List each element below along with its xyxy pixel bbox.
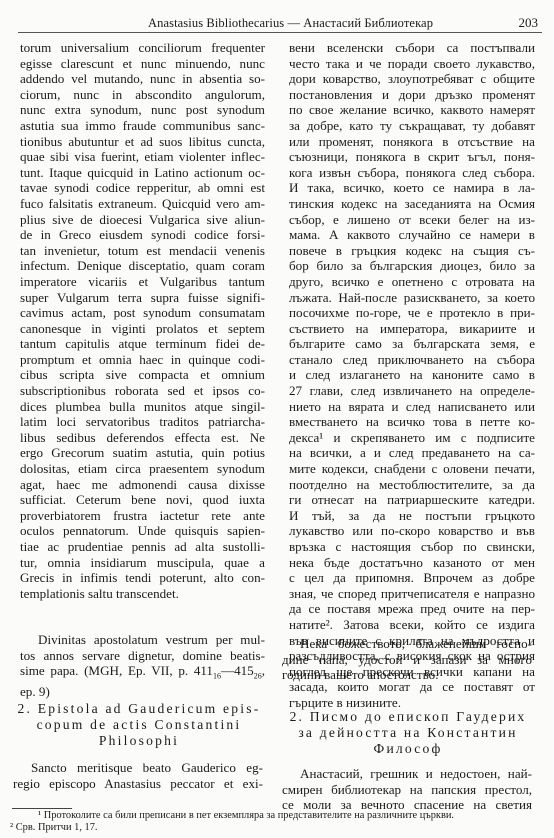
text-line: кога извън събора, понякога след събора. [289, 165, 535, 181]
heading-line: 2. Писмо до епископ Гаудерих [278, 709, 538, 725]
latin-column-text: torum universalium conciliorum frequente… [20, 40, 265, 601]
heading-line: за дейността на Константин [278, 725, 538, 741]
footnote-2: ² Срв. Притчи 1, 17. [10, 822, 454, 834]
text-line: cavimus actam, post synodum consumatam [20, 305, 265, 321]
text-line: nunc extra synodum, nunc post synodum [20, 102, 265, 118]
text-line: по свое желание всичко, каквото намерят [289, 102, 535, 118]
text-line: нека бъде достатъчно казаното от мен [289, 555, 535, 571]
text-line: templationis saltu transcendet. [20, 586, 265, 602]
latin-section-heading: 2. Epistola ad Gaudericum epis- copum de… [14, 701, 264, 749]
text-line: egisse clarescunt et nunc minuendo, nunc [20, 56, 265, 72]
text-line: И така, всичко, което се намира в ла- [289, 180, 535, 196]
text-line: tiae ac prudentiae pennis ad alta sustol… [20, 539, 265, 555]
text-line: често така и че поради своето лукавство, [289, 56, 535, 72]
text-line: мите кодекси, снабдени с оловени печати, [289, 461, 535, 477]
text-line: вместването на всичко това в петте ко- [289, 414, 535, 430]
text-line: latim loci servatoribus traditos patriar… [20, 414, 265, 430]
text-line: и след излагането на каноните само в [289, 367, 535, 383]
text-line: зная, че според притчеписателя е напразн… [289, 586, 535, 602]
text-line: Анастасий, грешник и недостоен, най- [282, 766, 532, 782]
text-line: tos annos servare dignetur, domine beati… [20, 648, 265, 664]
heading-line: 2. Epistola ad Gaudericum epis- [14, 701, 264, 717]
text-line: дине папа, удостои и запази за много [282, 652, 532, 668]
running-header: Anastasius Bibliothecarius — Анастасий Б… [18, 12, 542, 33]
text-line: нието на вярата и след написването или [289, 399, 535, 415]
text-line: И тъй, за да не постъпи гръцкото [289, 508, 535, 524]
text-line: вени вселенски събори са постъпвали [289, 40, 535, 56]
text-line: cibus scripta sive compacta et omnium [20, 367, 265, 383]
text-line: поотделно на местоблюстителите, за да [289, 477, 535, 493]
latin-closing-paragraph: Divinitas apostolatum vestrum per mul- t… [20, 632, 265, 700]
text-line: tantum capitulis atque terminum fidei de… [20, 336, 265, 352]
text-line: станало след приключването на събора [289, 352, 535, 368]
bulgarian-column-text: вени вселенски събори са постъпваличесто… [289, 40, 535, 711]
text-line: посочихме по-горе, че е протекло в при- [289, 305, 535, 321]
text-line: събор, е лишено от всеки белег на из- [289, 212, 535, 228]
text-line: тинския кодекс на заседанията на Осмия [289, 196, 535, 212]
text-line: за добре, като ту съкращават, ту добавят [289, 118, 535, 134]
text-line: Divinitas apostolatum vestrum per mul- [20, 632, 265, 648]
text-line: бор било за българския диоцез, било за [289, 258, 535, 274]
text-line: друго, всичко е опетнено с отровата на [289, 274, 535, 290]
text-line: декса¹ и скрепяването им с подписите [289, 430, 535, 446]
text-line: regio episcopo Anastasius peccator et ex… [13, 776, 263, 792]
text-line: или променят, понякога в отсъствие на [289, 134, 535, 150]
text-line: българите само за българската земя, е [289, 336, 535, 352]
heading-line: Philosophi [14, 733, 264, 749]
footnote-divider [12, 808, 72, 809]
text-line: subscriptionibus roborata sed et ipsos c… [20, 383, 265, 399]
text-line: години вашето апостолство. [282, 667, 532, 683]
running-title: Anastasius Bibliothecarius — Анастасий Б… [148, 16, 433, 31]
text-line: addendo vel mutando, nunc in absentia so… [20, 71, 265, 87]
text-line: sime papa. (MGH, Ep. VII, p. 41116—41526… [20, 663, 265, 684]
text-line: съюзници, понякога в скрит ъгъл, поня- [289, 149, 535, 165]
text-line: torum universalium conciliorum frequente… [20, 40, 265, 56]
text-line: съствието на императора, викариите и [289, 321, 535, 337]
bulgarian-section-heading: 2. Писмо до епископ Гаудерих за дейностт… [278, 709, 538, 757]
text-line: dices plumbea bulla munitos atque singil… [20, 399, 265, 415]
text-line: promptum et omnia haec in quinque codi- [20, 352, 265, 368]
text-line: tionibus abutuntur et ad suos libitus cu… [20, 134, 265, 150]
text-line: proverbiatorem frustra iactetur rete ant… [20, 508, 265, 524]
text-line: sufficiat. Ceterum bene novi, quod iuxta [20, 492, 265, 508]
text-line: fuco falsitatis extraneum. Quicquid vero… [20, 196, 265, 212]
heading-line: copum de actis Constantini [14, 717, 264, 733]
text-line: super Vulgarum terra supra fuisse signif… [20, 290, 265, 306]
text-line: de in Greco eiusdem synodi codice forsi- [20, 227, 265, 243]
latin-section-body: Sancto meritisque beato Gauderico eg- re… [13, 760, 263, 791]
text-line: постановления и дори дръзко променят [289, 87, 535, 103]
text-line: oculos pennatorum. Unde quisquis sapien- [20, 523, 265, 539]
text-line: Grecis in infimis tendi poterunt, alto c… [20, 570, 265, 586]
text-line: ergo Grecorum suatim astutia, quin potiu… [20, 445, 265, 461]
text-line: Sancto meritisque beato Gauderico eg- [13, 760, 263, 776]
text-line: agat, haec me admonendi causa dixisse [20, 477, 265, 493]
bulgarian-closing-paragraph: Нека божеството, блаженейши госпо- дине … [282, 636, 532, 683]
heading-line: Философ [278, 741, 538, 757]
footnotes: ¹ Протоколите са били преписани в пет ек… [10, 810, 454, 834]
bulgarian-section-body: Анастасий, грешник и недостоен, най- сми… [282, 766, 532, 813]
text-line: libus sedibus deferendos effecta est. Ne [20, 430, 265, 446]
text-line: tavae synodi codice repperitur, ab omni … [20, 180, 265, 196]
text-line: canonesque in viginti prolatos et septem [20, 321, 265, 337]
text-line: dolositas, etiam circa praesentem synodu… [20, 461, 265, 477]
text-line: astutia sua immo fraude communibus sanc- [20, 118, 265, 134]
footnote-1: ¹ Протоколите са били преписани в пет ек… [10, 810, 454, 822]
text-line: на всички, а и след предаването на са- [289, 445, 535, 461]
text-line: ciorum, nunc in abscondito angulorum, [20, 87, 265, 103]
text-line: Нека божеството, блаженейши госпо- [282, 636, 532, 652]
text-line: tan invenietur, totum est mendacii venen… [20, 243, 265, 259]
text-line: лъжата. Най-после разискването, за което [289, 290, 535, 306]
text-line: дори коварство, злоупотребяват с общите [289, 71, 535, 87]
text-line: повече в гръцкия кодекс на същия съ- [289, 243, 535, 259]
text-line: с цел да припомня. Впрочем аз добре [289, 570, 535, 586]
text-line: quae sibi visa fuerint, etiam violenter … [20, 149, 265, 165]
text-line: tur, omnia insidiarum muscipula, quae a [20, 555, 265, 571]
text-line: plius sive de dioecesi Vulgarica sive al… [20, 212, 265, 228]
text-line: tunt. Itaque quicquid in Latino actionum… [20, 165, 265, 181]
text-line: ep. 9) [20, 684, 265, 700]
text-line: imperatore vicariis et Vulgaribus tantum [20, 274, 265, 290]
text-line: 27 глави, след извличането на определе- [289, 383, 535, 399]
text-line: натите². Затова всеки, който се издига [289, 617, 535, 633]
text-line: мама. А каквото случайно се намери в [289, 227, 535, 243]
text-line: infectum. Denique disceptatio, quam cora… [20, 258, 265, 274]
text-line: да се поставя мрежа пред очите на пер- [289, 601, 535, 617]
text-line: връзка с настоящия събор по свински, [289, 539, 535, 555]
page-number: 203 [519, 15, 539, 31]
text-line: ги отнесат на патриаршеските катедри. [289, 492, 535, 508]
text-line: лукавство или по-скоро коварство и във [289, 523, 535, 539]
text-line: смирен библиотекар на папския престол, [282, 782, 532, 798]
